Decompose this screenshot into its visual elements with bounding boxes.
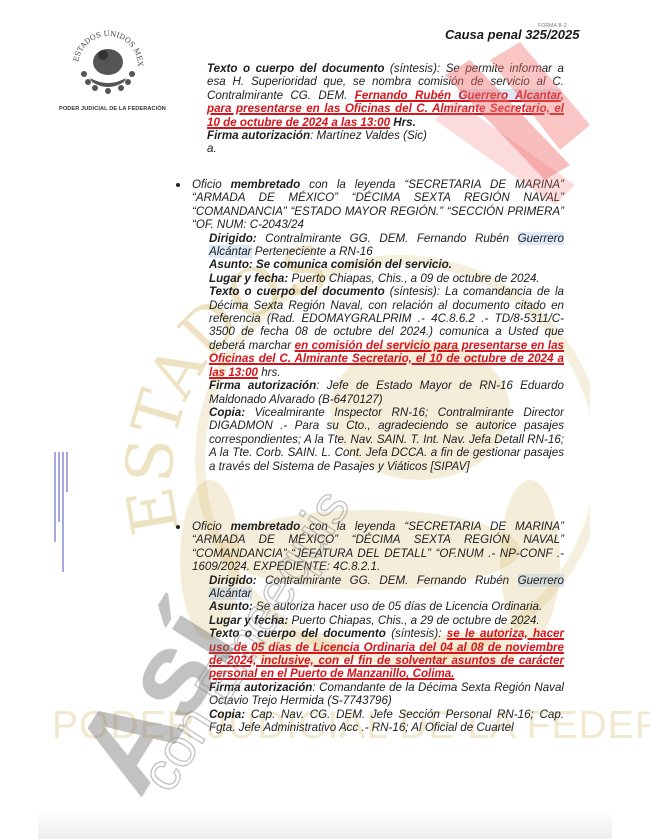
document-page: ESTADOS PODER JUDICIAL DE LA FEDERACIÓN … xyxy=(0,0,650,839)
firma-value: : Martínez Valdes (Sic) xyxy=(310,129,427,142)
body-label: Texto o cuerpo del documento xyxy=(207,62,384,75)
electronic-signature-stamp xyxy=(52,452,72,572)
document-entry-2: Oficio membretado con la leyenda “SECRET… xyxy=(192,520,564,735)
firma-label: Firma autorización xyxy=(207,129,310,142)
bullet-icon xyxy=(176,183,180,187)
page-bottom-edge xyxy=(38,810,612,839)
mexican-coat-of-arms-icon: ESTADOS UNIDOS MEXICANOS xyxy=(68,22,148,102)
case-number: Causa penal 325/2025 xyxy=(445,27,579,42)
trailing-text: a. xyxy=(207,142,564,155)
institution-name: PODER JUDICIAL DE LA FEDERACIÓN xyxy=(59,106,166,112)
top-section: Texto o cuerpo del documento (síntesis):… xyxy=(207,62,564,156)
document-entry-1: Oficio membretado con la leyenda “SECRET… xyxy=(192,178,564,473)
highlighted-name: Guerrero Alcantar xyxy=(458,89,560,102)
bullet-icon xyxy=(176,525,180,529)
